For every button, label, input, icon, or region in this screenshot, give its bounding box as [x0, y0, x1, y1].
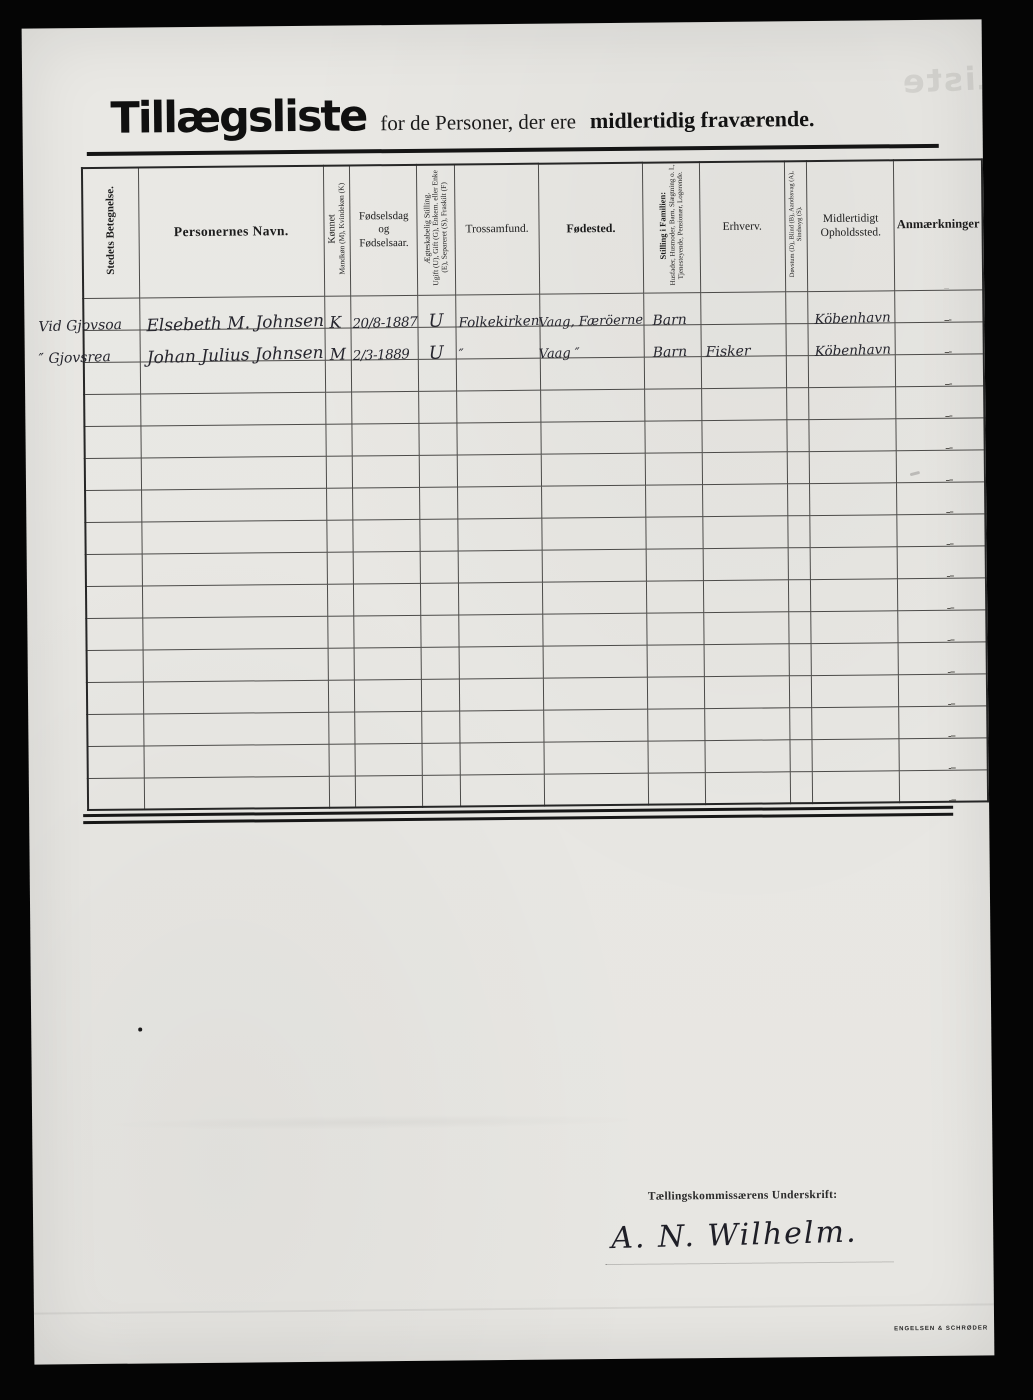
- cell-sted2: [542, 581, 646, 614]
- cell-dov: [788, 579, 811, 611]
- cell-erhv: [702, 483, 787, 516]
- census-form-page: Liste Tillægsliste for de Personer, der …: [22, 19, 995, 1364]
- cell-sted2: [541, 453, 645, 486]
- cell-sted2: [542, 485, 646, 518]
- handwritten-entry-fam: Barn: [652, 343, 687, 360]
- column-header-dov: Døvstum (D), Blind (B), Aandssvag (A), S…: [784, 161, 808, 291]
- column-header-text: Midlertidigt Opholdssted.: [808, 211, 894, 241]
- cell-dov: [786, 419, 809, 451]
- cell-fam: [646, 612, 703, 645]
- cell-dov: [786, 355, 809, 387]
- cell-tros: [459, 678, 543, 711]
- form-title-emphasis: midlertidig fraværende.: [590, 106, 815, 134]
- cell-fam: [647, 644, 704, 677]
- cell-fodt: [355, 711, 422, 744]
- cell-anm: [898, 609, 986, 642]
- cell-sted: [85, 490, 142, 523]
- cell-navn: [144, 776, 329, 810]
- cell-ophold: [812, 738, 899, 771]
- handwritten-entry-tros: ″: [458, 346, 464, 362]
- cell-fam: [646, 548, 703, 581]
- column-header-sted2: Fødested.: [538, 163, 643, 294]
- cell-anm: [897, 513, 985, 546]
- handwritten-entry-kjon: M: [329, 344, 346, 363]
- cell-ophold: [809, 450, 896, 483]
- cell-aegt: [422, 774, 460, 806]
- cell-kjon: [327, 551, 354, 583]
- cell-fam: Barn: [643, 292, 700, 325]
- cell-sted: [87, 745, 144, 778]
- cell-fodt: [354, 615, 421, 648]
- cell-anm: [897, 449, 985, 482]
- printer-mark: ENGELSEN & SCHRØDER: [894, 1325, 988, 1332]
- column-header-kjon: KønnetMandkøn (M), Kvindekøn (K): [323, 165, 351, 295]
- cell-kjon: [325, 423, 352, 455]
- cell-sted: [84, 394, 141, 427]
- cell-fodt: [356, 775, 423, 808]
- cell-navn: [141, 392, 326, 426]
- column-header-text: Stedets Betegnelse.: [104, 169, 118, 291]
- cell-sted: [88, 777, 145, 810]
- cell-fodt: [354, 647, 421, 680]
- column-header-text: Døvstum (D), Blind (B), Aandssvag (A), S…: [788, 163, 804, 285]
- cell-kjon: [326, 487, 353, 519]
- cell-kjon: [325, 359, 352, 391]
- cell-sted: Vid Gjovsoa: [83, 298, 140, 331]
- cell-sted: [86, 554, 143, 587]
- cell-fam: [644, 388, 701, 421]
- cell-aegt: [422, 710, 460, 742]
- cell-sted2: [544, 773, 648, 806]
- cell-fodt: [353, 487, 420, 520]
- column-header-sted: Stedets Betegnelse.: [82, 168, 140, 299]
- handwritten-entry-aegt: U: [429, 342, 445, 363]
- cell-aegt: [420, 486, 458, 518]
- cell-aegt: [422, 678, 460, 710]
- cell-ophold: [811, 642, 898, 675]
- cell-anm: [897, 545, 985, 578]
- cell-sted2: [544, 709, 648, 742]
- cell-sted: [85, 458, 142, 491]
- handwritten-entry-ophold: Köbenhavn: [814, 309, 891, 327]
- cell-anm: [898, 577, 986, 610]
- census-table: Stedets Betegnelse.Personernes Navn.Kønn…: [81, 158, 989, 811]
- census-table-header: Stedets Betegnelse.Personernes Navn.Kønn…: [82, 159, 983, 298]
- cell-dov: [789, 643, 812, 675]
- cell-ophold: Köbenhavn: [808, 290, 895, 323]
- cell-tros: Folkekirken: [456, 294, 540, 327]
- cell-sted2: [540, 357, 644, 390]
- cell-fam: [647, 676, 704, 709]
- cell-aegt: U: [418, 294, 456, 326]
- column-header-anm: Anmærkninger: [894, 159, 983, 290]
- cell-tros: [456, 358, 540, 391]
- cell-anm: [896, 417, 984, 450]
- cell-anm: [899, 705, 987, 738]
- cell-navn: [143, 680, 328, 714]
- cell-navn: Elsebeth M. Johnsen: [140, 296, 325, 330]
- cell-sted: [87, 713, 144, 746]
- cell-erhv: [702, 451, 787, 484]
- title-divider-rule: [87, 144, 939, 156]
- cell-sted2: [542, 517, 646, 550]
- handwritten-entry-aegt: U: [428, 310, 444, 331]
- column-header-aegt: Ægteskabelig Stilling.Ugift (U), Gift (G…: [417, 164, 456, 294]
- column-header-tros: Trossamfund.: [454, 164, 539, 295]
- cell-fodt: [352, 391, 419, 424]
- handwritten-entry-tros: Folkekirken: [458, 312, 540, 330]
- column-header-fam: Stilling i Familien:Husfader, Husmoder, …: [642, 162, 700, 293]
- census-table-wrap: Stedets Betegnelse.Personernes Navn.Kønn…: [81, 158, 989, 811]
- column-header-text: Erhverv.: [700, 219, 784, 234]
- cell-kjon: [327, 583, 354, 615]
- column-header-text: Personernes Navn.: [139, 223, 323, 242]
- form-title-mid: for de Personer, der ere: [380, 109, 576, 136]
- cell-dov: [790, 771, 813, 803]
- cell-anm: [897, 481, 985, 514]
- cell-erhv: [704, 707, 789, 740]
- cell-erhv: [704, 643, 789, 676]
- cell-fodt: [354, 551, 421, 584]
- cell-aegt: [420, 518, 458, 550]
- cell-sted: [84, 426, 141, 459]
- cell-anm: [896, 353, 984, 386]
- cell-sted2: [541, 421, 645, 454]
- cell-tros: [457, 486, 541, 519]
- cell-sted2: Vaag, Færöerne: [540, 293, 644, 326]
- cell-fam: [647, 708, 704, 741]
- cell-fam: [646, 580, 703, 613]
- cell-fam: [646, 516, 703, 549]
- handwritten-entry-ophold: Köbenhavn: [815, 341, 892, 359]
- cell-navn: [141, 456, 326, 490]
- cell-fam: Barn: [644, 324, 701, 357]
- cell-fodt: [354, 583, 421, 616]
- signature-underline: [605, 1260, 893, 1265]
- cell-fodt: [352, 423, 419, 456]
- cell-dov: [787, 451, 810, 483]
- cell-anm: [895, 321, 983, 354]
- handwritten-entry-fodt: 20/8-1887: [353, 314, 418, 332]
- paper-crease: [34, 1303, 994, 1314]
- column-header-text: Fødested.: [540, 220, 643, 236]
- cell-navn: [143, 648, 328, 682]
- cell-kjon: [328, 711, 355, 743]
- cell-sted2: [544, 741, 648, 774]
- cell-navn: [142, 584, 327, 618]
- handwritten-entry-sted: Vid Gjovsoa: [38, 316, 122, 335]
- ink-speck: [138, 1028, 142, 1032]
- cell-erhv: [703, 515, 788, 548]
- cell-fodt: [353, 455, 420, 488]
- cell-ophold: [810, 482, 897, 515]
- cell-ophold: [810, 514, 897, 547]
- column-header-text: Fødselsdag og Fødselsaar.: [351, 209, 417, 251]
- cell-dov: [787, 515, 810, 547]
- cell-kjon: [326, 519, 353, 551]
- column-header-text: Ægteskabelig Stilling.Ugift (U), Gift (G…: [422, 166, 450, 288]
- cell-tros: [460, 710, 544, 743]
- column-header-text: Anmærkninger: [895, 217, 982, 233]
- column-header-text: KønnetMandkøn (M), Kvindekøn (K): [326, 167, 347, 289]
- cell-fodt: [355, 679, 422, 712]
- cell-kjon: [326, 455, 353, 487]
- cell-sted2: [543, 645, 647, 678]
- cell-tros: [458, 518, 542, 551]
- cell-ophold: [810, 546, 897, 579]
- cell-ophold: [809, 386, 896, 419]
- cell-anm: [898, 641, 986, 674]
- cell-fam: [645, 452, 702, 485]
- cell-ophold: [812, 770, 899, 803]
- cell-sted: ″ Gjovsrea: [84, 330, 141, 363]
- column-header-fodt: Fødselsdag og Fødselsaar.: [350, 165, 418, 296]
- cell-navn: [143, 616, 328, 650]
- cell-sted2: [543, 677, 647, 710]
- cell-aegt: [421, 646, 459, 678]
- cell-aegt: [421, 614, 459, 646]
- commissioner-signature: A. N. Wilhelm.: [611, 1215, 858, 1257]
- cell-kjon: [325, 391, 352, 423]
- cell-kjon: [329, 775, 356, 807]
- cell-ophold: [812, 706, 899, 739]
- cell-sted2: [543, 613, 647, 646]
- cell-erhv: [700, 291, 785, 324]
- cell-sted2: [542, 549, 646, 582]
- handwritten-entry-sted: ″ Gjovsrea: [39, 349, 112, 367]
- cell-dov: [788, 547, 811, 579]
- cell-erhv: [703, 579, 788, 612]
- cell-fam: [648, 740, 705, 773]
- cell-tros: [458, 550, 542, 583]
- cell-sted2: [541, 389, 645, 422]
- column-header-navn: Personernes Navn.: [138, 166, 324, 298]
- cell-navn: [144, 744, 329, 778]
- cell-ophold: [809, 418, 896, 451]
- cell-dov: [785, 291, 808, 323]
- cell-fodt: [353, 519, 420, 552]
- cell-sted: [87, 650, 144, 683]
- cell-navn: [142, 552, 327, 586]
- cell-kjon: M: [325, 327, 352, 359]
- cell-kjon: [328, 647, 355, 679]
- cell-erhv: [703, 547, 788, 580]
- form-title: Tillægsliste for de Personer, der ere mi…: [110, 87, 814, 144]
- bleedthrough-watermark: Liste: [847, 59, 994, 104]
- cell-ophold: [811, 674, 898, 707]
- cell-aegt: [419, 454, 457, 486]
- cell-tros: [460, 774, 544, 807]
- census-table-body: Vid GjovsoaElsebeth M. JohnsenK20/8-1887…: [83, 289, 988, 810]
- cell-kjon: [327, 615, 354, 647]
- cell-fodt: 20/8-1887: [351, 295, 418, 328]
- cell-anm: [899, 737, 987, 770]
- cell-erhv: Fisker: [701, 323, 786, 356]
- cell-erhv: [704, 611, 789, 644]
- cell-tros: [457, 422, 541, 455]
- cell-fam: [645, 420, 702, 453]
- cell-erhv: [701, 387, 786, 420]
- handwritten-entry-sted2: Vaag, Færöerne: [538, 312, 643, 330]
- cell-kjon: K: [324, 295, 351, 327]
- cell-dov: [789, 739, 812, 771]
- cell-anm: [900, 769, 988, 802]
- cell-erhv: [705, 739, 790, 772]
- cell-anm: [899, 673, 987, 706]
- cell-fam: [644, 356, 701, 389]
- cell-aegt: [419, 422, 457, 454]
- column-header-text: Trossamfund.: [455, 222, 538, 237]
- cell-dov: [786, 387, 809, 419]
- cell-fodt: [355, 743, 422, 776]
- cell-dov: [789, 707, 812, 739]
- cell-kjon: [328, 679, 355, 711]
- cell-sted: [86, 618, 143, 651]
- cell-sted: [86, 586, 143, 619]
- cell-ophold: [811, 610, 898, 643]
- signature-label: Tællingskommissærens Underskrift:: [648, 1189, 838, 1203]
- cell-aegt: [421, 582, 459, 614]
- handwritten-entry-fodt: 2/3-1889: [353, 346, 410, 364]
- handwritten-entry-erhv: Fisker: [705, 343, 750, 360]
- cell-dov: [786, 323, 809, 355]
- cell-aegt: [419, 390, 457, 422]
- cell-tros: [457, 454, 541, 487]
- cell-fam: [645, 484, 702, 517]
- cell-erhv: [704, 675, 789, 708]
- cell-sted: [84, 362, 141, 395]
- cell-tros: [457, 390, 541, 423]
- handwritten-entry-kjon: K: [329, 312, 342, 331]
- cell-navn: [141, 424, 326, 458]
- cell-navn: [144, 712, 329, 746]
- cell-aegt: [420, 550, 458, 582]
- paper-smudge: [92, 1113, 652, 1132]
- cell-aegt: [422, 742, 460, 774]
- cell-erhv: [702, 419, 787, 452]
- cell-dov: [789, 675, 812, 707]
- cell-navn: [142, 520, 327, 554]
- handwritten-entry-fam: Barn: [652, 311, 687, 328]
- column-header-ophold: Midlertidigt Opholdssted.: [807, 160, 895, 291]
- scanned-document: Liste Tillægsliste for de Personer, der …: [0, 0, 1033, 1400]
- cell-anm: [896, 385, 984, 418]
- cell-tros: [458, 582, 542, 615]
- cell-sted: [87, 682, 144, 715]
- cell-tros: [460, 742, 544, 775]
- cell-navn: [141, 488, 326, 522]
- cell-anm: [895, 289, 983, 322]
- cell-erhv: [705, 771, 790, 804]
- column-header-text: Stilling i Familien:Husfader, Husmoder, …: [658, 164, 685, 286]
- cell-kjon: [329, 743, 356, 775]
- cell-dov: [788, 611, 811, 643]
- form-title-main: Tillægsliste: [110, 91, 366, 143]
- cell-fam: [648, 772, 705, 805]
- cell-sted: [85, 522, 142, 555]
- cell-dov: [787, 483, 810, 515]
- cell-tros: [459, 646, 543, 679]
- handwritten-entry-sted2: Vaag ″: [539, 345, 580, 361]
- cell-tros: [459, 614, 543, 647]
- cell-ophold: [811, 578, 898, 611]
- column-header-erhv: Erhverv.: [699, 161, 785, 292]
